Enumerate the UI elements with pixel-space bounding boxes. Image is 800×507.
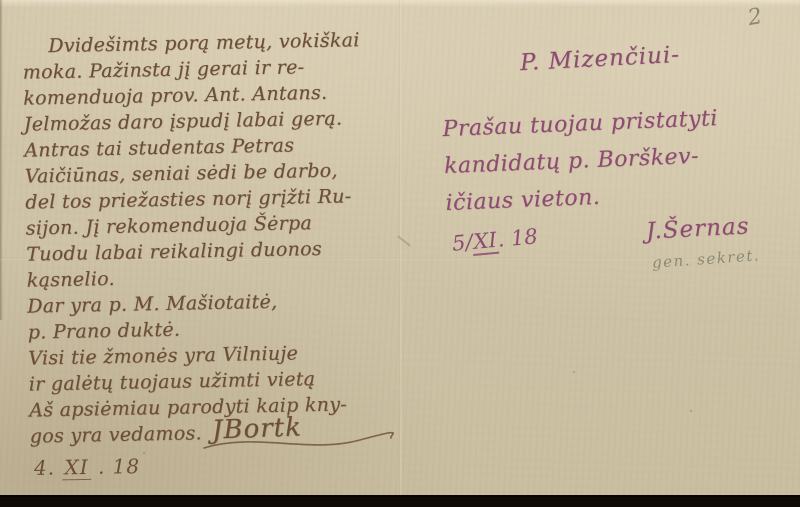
left-page-text: Dvidešimts porą metų, vokiškaimoka. Paži…: [22, 26, 404, 449]
page-number: 2: [746, 4, 764, 31]
right-date: 5/XI. 18: [451, 224, 539, 255]
right-date-year: . 18: [497, 224, 539, 251]
scanned-letter: 2 Dvidešimts porą metų, vokiškaimoka. Pa…: [0, 0, 800, 507]
paper-sheet: 2 Dvidešimts porą metų, vokiškaimoka. Pa…: [0, 0, 800, 495]
secretary-title: gen. sekret.: [652, 246, 761, 272]
paper-speck: [143, 452, 145, 454]
paper-left-edge-shadow: [0, 0, 3, 320]
left-date-year: . 18: [98, 454, 141, 479]
right-date-month: XI: [471, 228, 498, 256]
salutation: P. Mizenčiui-: [519, 42, 680, 76]
left-date-month: XI: [62, 455, 91, 480]
left-date-day: 4.: [34, 456, 56, 480]
right-page-text: Prašau tuojau pristatytikandidatų p. Bor…: [442, 97, 798, 222]
paper-speck: [573, 371, 575, 373]
right-date-prefix: 5/: [451, 230, 473, 256]
left-date: 4. XI . 18: [34, 454, 141, 480]
signature-flourish: [200, 428, 395, 456]
paper-speck: [690, 410, 692, 412]
secretary-signature: J.Šernas: [645, 213, 750, 244]
